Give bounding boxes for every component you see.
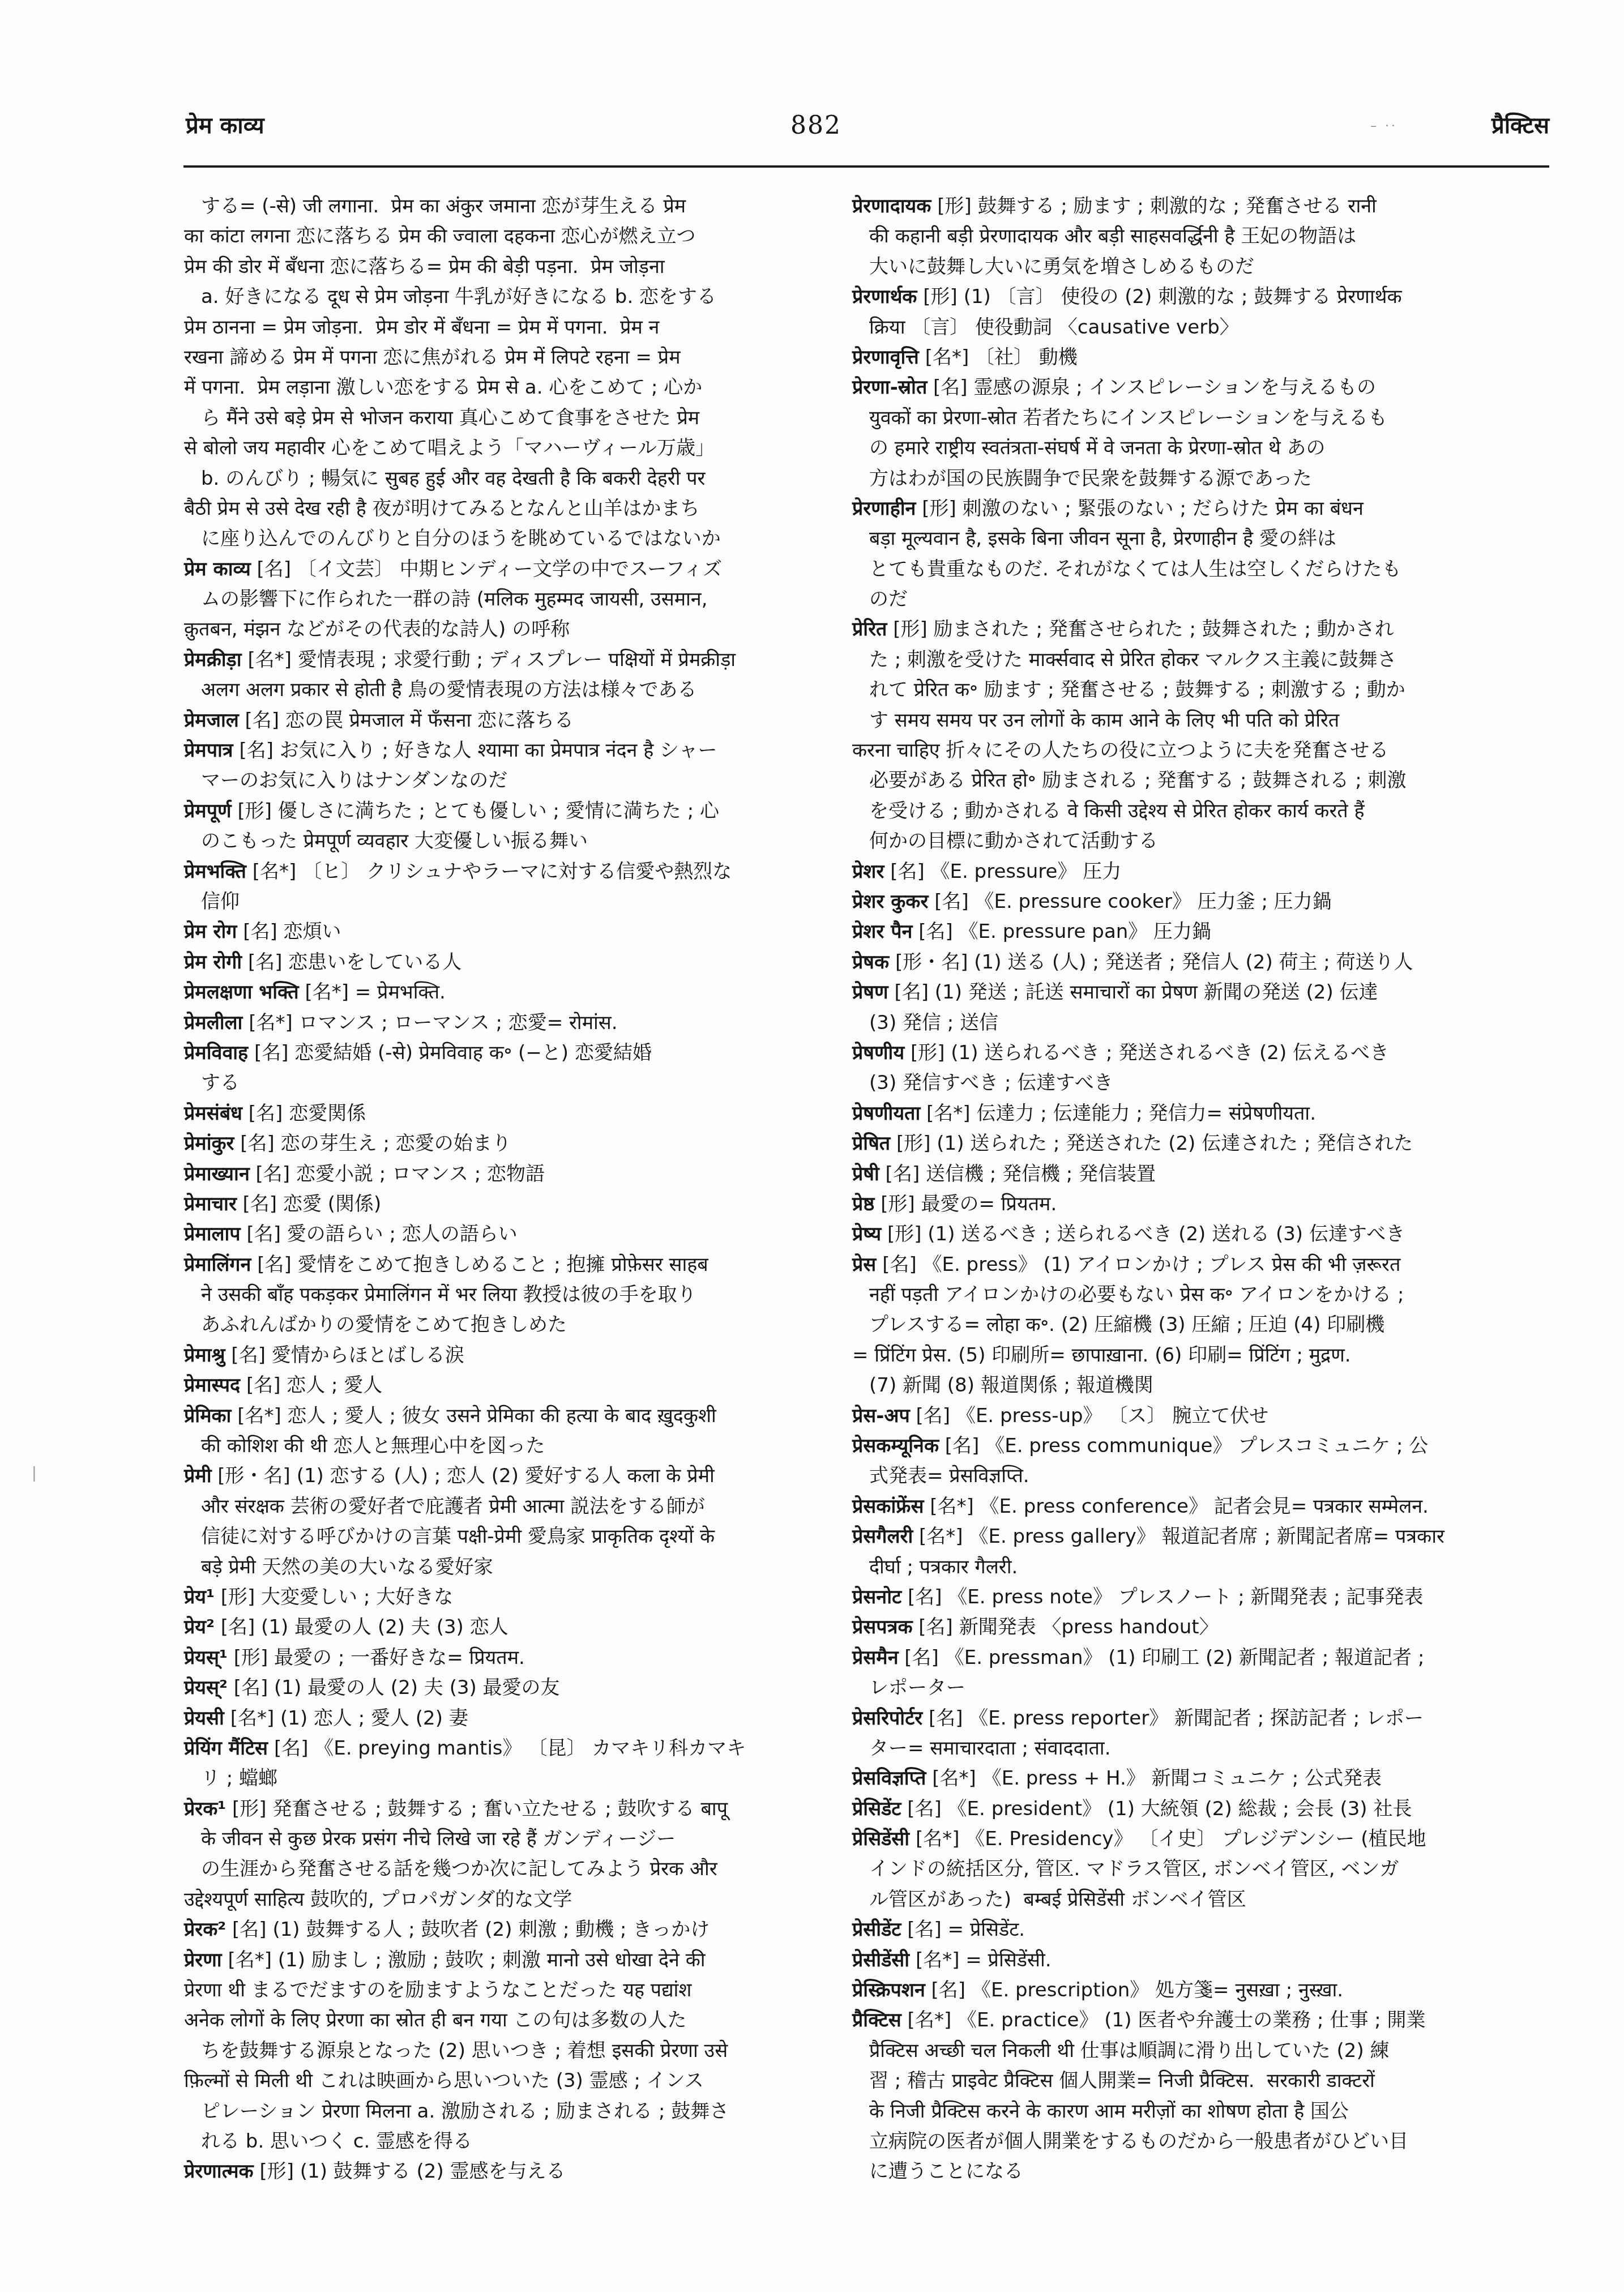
headword: प्रेमालाप xyxy=(184,1223,241,1245)
entry-line: 立病院の医者が個人開業をするものだから一般患者がひどい目 xyxy=(852,2127,1523,2157)
entry-line: प्रेष्ठ [形] 最愛の= प्रियतम. xyxy=(852,1189,1523,1219)
entry-line: प्रेयस्¹ [形] 最愛の ; 一番好きな= प्रियतम. xyxy=(184,1643,855,1673)
headword: प्रेरणादायक xyxy=(852,195,931,217)
entry-line: के जीवन से कुछ प्रेरक प्रसंग नीचे लिखे ज… xyxy=(184,1824,855,1854)
entry-line: प्रेयिंग मैंटिस [名] 《E. preying mantis》 … xyxy=(184,1734,855,1764)
entry-line: प्रेसिडेंट [名] 《E. president》 (1) 大統領 (2… xyxy=(852,1794,1523,1824)
entry-line: ル管区があった) बम्बई प्रेसिडेंसी ボンベイ管区 xyxy=(852,1885,1523,1915)
entry-line: प्रेसविज्ञप्ति [名*] 《E. press + H.》 新聞コミ… xyxy=(852,1764,1523,1794)
headword: प्रेसरिपोर्टर xyxy=(852,1707,922,1730)
headword: प्रेरक¹ xyxy=(184,1798,226,1820)
headword: प्रेस xyxy=(852,1253,876,1276)
headword: प्रेसविज्ञप्ति xyxy=(852,1767,926,1790)
entry-line: ムの影響下に作られた一群の詩 (मलिक मुहम्मद जायसी, उसमा… xyxy=(184,584,855,614)
entry-line: के निजी प्रैक्टिस करने के कारण आम मरीज़ो… xyxy=(852,2097,1523,2127)
entry-line: प्रेमिका [名*] 恋人 ; 愛人 ; 彼女 उसने प्रेमिका… xyxy=(184,1401,855,1431)
headword: प्रेमसंबंध xyxy=(184,1102,242,1125)
entry-line: प्रेषण [名] (1) 発送 ; 託送 समाचारों का प्रेष… xyxy=(852,978,1523,1008)
dictionary-page: प्रेम काव्य 882 – ·· प्रैक्टिस | する= (-स… xyxy=(0,0,1624,2292)
entry-line: プレスする= लोहा क॰. (2) 圧縮機 (3) 圧縮 ; 圧迫 (4) … xyxy=(852,1310,1523,1340)
entry-line: प्रेरित [形] 励まされた ; 発奮させられた ; 鼓舞された ; 動か… xyxy=(852,614,1523,645)
entry-line: 何かの目標に動かされて活動する xyxy=(852,826,1523,856)
headword: प्रेमजाल xyxy=(184,709,239,732)
entry-line: से बोलो जय महावीर 心をこめて唱えよう「マハーヴィール万歳」 xyxy=(184,433,855,463)
headword: प्रेस्क्रिपशन xyxy=(852,1979,925,2001)
headword: प्रेरणावृत्ति xyxy=(852,346,919,369)
entry-line: उद्देश्यपूर्ण साहित्य 鼓吹的, プロパガンダ的な文学 xyxy=(184,1885,855,1915)
entry-line: प्रेमविवाह [名] 恋愛結婚 (-से) प्रेमविवाह क॰ … xyxy=(184,1038,855,1068)
entry-line: प्रेमपात्र [名] お気に入り ; 好きな人 श्यामा का प्… xyxy=(184,736,855,766)
headword: प्रेमलीला xyxy=(184,1011,242,1034)
entry-line: प्रेय¹ [形] 大変愛しい ; 大好きな xyxy=(184,1582,855,1612)
entry-line: प्रेरणार्थक [形] (1) 〔言〕 使役の (2) 刺激的な ; 鼓… xyxy=(852,282,1523,312)
entry-line: とても貴重なものだ. それがなくては人生は空しくだらけたも xyxy=(852,554,1523,584)
scan-artifact: – ·· xyxy=(1370,119,1398,133)
entry-line: प्रेमभक्ति [名*] 〔ヒ〕 クリシュナやラーマに対する信愛や熱烈な xyxy=(184,857,855,887)
headword: प्रेमक्रीड़ा xyxy=(184,648,242,671)
entry-line: प्रेमाश्रु [名] 愛情からほとばしる涙 xyxy=(184,1341,855,1371)
headword: प्रेसकांफ्रेंस xyxy=(852,1495,924,1518)
entry-line: करना चाहिए 折々にその人たちの役に立つように夫を発奮させる xyxy=(852,736,1523,766)
entry-line: प्रेमांकुर [名] 恋の芽生え ; 恋愛の始まり xyxy=(184,1129,855,1159)
entry-line: युवकों का प्रेरणा-स्रोत 若者たちにインスピレーションを与… xyxy=(852,403,1523,433)
headword: प्रेसगैलरी xyxy=(852,1525,913,1548)
header-rule xyxy=(183,165,1549,168)
entry-line: प्रेशर पैन [名] 《E. pressure pan》 圧力鍋 xyxy=(852,917,1523,947)
headword: प्रेमविवाह xyxy=(184,1042,248,1064)
headword: प्रेमपात्र xyxy=(184,739,233,762)
headword: प्रेमांकुर xyxy=(184,1132,234,1155)
page-number: 882 xyxy=(790,111,841,140)
entry-line: प्रेरणा-स्रोत [名] 霊感の源泉 ; インスピレーションを与えるも… xyxy=(852,373,1523,403)
entry-line: す समय समय पर उन लोगों के काम आने के लिए … xyxy=(852,706,1523,736)
right-column: प्रेरणादायक [形] 鼓舞する ; 励ます ; 刺激的な ; 発奮させ… xyxy=(852,191,1523,2187)
scan-artifact-mark: | xyxy=(32,1465,37,1482)
headword: प्रेषित xyxy=(852,1132,890,1155)
entry-line: प्रेरणावृत्ति [名*] 〔社〕 動機 xyxy=(852,343,1523,373)
entry-line: प्रेसकांफ्रेंस [名*] 《E. press conference… xyxy=(852,1492,1523,1522)
headword: प्रेष्य xyxy=(852,1223,881,1245)
entry-line: प्रेसकम्यूनिक [名] 《E. press communique》 … xyxy=(852,1431,1523,1461)
entry-line: रखना 諦める प्रेम में पगना 恋に焦がれる प्रेम में… xyxy=(184,343,855,373)
entry-line: प्रेमपूर्ण [形] 優しさに満ちた ; とても優しい ; 愛情に満ちた… xyxy=(184,796,855,826)
entry-line: प्रेमसंबंध [名] 恋愛関係 xyxy=(184,1099,855,1129)
entry-line: 習 ; 稽古 प्राइवेट प्रैक्टिस 個人開業= निजी प्र… xyxy=(852,2066,1523,2096)
entry-line: प्रेमक्रीड़ा [名*] 愛情表現 ; 求愛行動 ; ディスプレー प… xyxy=(184,645,855,675)
entry-line: की कोशिश की थी 恋人と無理心中を図った xyxy=(184,1431,855,1461)
entry-line: 必要がある प्रेरित हो॰ 励まされる ; 発奮する ; 鼓舞される ;… xyxy=(852,766,1523,796)
entry-line: する xyxy=(184,1068,855,1098)
headword: प्रेम रोगी xyxy=(184,951,242,974)
entry-line: प्रेशर [名] 《E. pressure》 圧力 xyxy=(852,857,1523,887)
headword: प्रेसिडेंट xyxy=(852,1798,901,1820)
entry-line: प्रेसपत्रक [名] 新聞発表 〈press handout〉 xyxy=(852,1612,1523,1642)
entry-line: प्रेसीडेंट [名] = प्रेसिडेंट. xyxy=(852,1915,1523,1945)
entry-line: a. 好きになる दूध से प्रेम जोड़ना 牛乳が好きになる b.… xyxy=(184,282,855,312)
entry-line: प्रेस-अप [名] 《E. press-up》 〔ス〕 腕立て伏せ xyxy=(852,1401,1523,1431)
entry-line: प्रेय² [名] (1) 最愛の人 (2) 夫 (3) 恋人 xyxy=(184,1612,855,1642)
entry-line: प्रेयस्² [名] (1) 最愛の人 (2) 夫 (3) 最愛の友 xyxy=(184,1673,855,1703)
entry-line: प्रेसमैन [名] 《E. pressman》 (1) 印刷工 (2) 新… xyxy=(852,1643,1523,1673)
headword: प्रेषण xyxy=(852,981,888,1004)
headword: प्रेशर कुकर xyxy=(852,890,928,913)
headword: प्रेमपूर्ण xyxy=(184,800,232,822)
headword: प्रेमास्पद xyxy=(184,1374,240,1397)
entry-line: क़ुतबन, मंझन などがその代表的な詩人) の呼称 xyxy=(184,614,855,645)
headword: प्रेसकम्यूनिक xyxy=(852,1435,939,1457)
entry-line: のこもった प्रेमपूर्ण व्यवहार 大変優しい振る舞い xyxy=(184,826,855,856)
entry-line: ピレーション प्रेरणा मिलना a. 激励される ; 励まされる ; … xyxy=(184,2097,855,2127)
headword: प्रेषी xyxy=(852,1163,879,1185)
entry-line: ら मैंने उसे बड़े प्रेम से भोजन कराया 真心こ… xyxy=(184,403,855,433)
entry-line: 信仰 xyxy=(184,887,855,917)
headword: प्रेरणाहीन xyxy=(852,497,916,520)
headword: प्रेरित xyxy=(852,618,887,641)
entry-line: बड़े प्रेमी 天然の美の大いなる愛好家 xyxy=(184,1552,855,1582)
entry-line: प्रेम रोगी [名] 恋患いをしている人 xyxy=(184,947,855,978)
entry-line: प्रेषी [名] 送信機 ; 発信機 ; 発信装置 xyxy=(852,1159,1523,1189)
headword: प्रेशर xyxy=(852,860,884,883)
entry-line: प्रेष्य [形] (1) 送るべき ; 送られるべき (2) 送れる (3… xyxy=(852,1219,1523,1249)
entry-line: प्रेषक [形・名] (1) 送る (人) ; 発送者 ; 発信人 (2) … xyxy=(852,947,1523,978)
entry-line: अलग अलग प्रकार से होती है 鳥の愛情表現の方法は様々であ… xyxy=(184,675,855,705)
entry-line: प्रेम काव्य [名] 〔イ文芸〕 中期ヒンディー文学の中でスーフィズ xyxy=(184,554,855,584)
headword: प्रेसीडेंट xyxy=(852,1918,901,1941)
headword: प्रेसपत्रक xyxy=(852,1616,913,1638)
entry-line: れて प्रेरित क॰ 励ます ; 発奮させる ; 鼓舞する ; 刺激する … xyxy=(852,675,1523,705)
headword: प्रेमलक्षणा भक्ति xyxy=(184,981,299,1004)
headword: प्रेमाश्रु xyxy=(184,1344,225,1367)
headword: प्रेरणा xyxy=(184,1949,222,1971)
entry-line: अनेक लोगों के लिए प्रेरणा का स्रोत ही बन… xyxy=(184,2005,855,2035)
entry-line: 式発表= प्रेसविज्ञप्ति. xyxy=(852,1461,1523,1491)
headword: प्रेयसी xyxy=(184,1707,224,1730)
entry-line: प्रेरणा [名*] (1) 励まし ; 激励 ; 鼓吹 ; 刺激 मानो… xyxy=(184,1945,855,1975)
headword: प्रेयस्² xyxy=(184,1676,228,1699)
entry-line: の हमारे राष्ट्रीय स्वतंत्रता-संघर्ष में … xyxy=(852,433,1523,463)
entry-line: प्रेषणीय [形] (1) 送られるべき ; 発送されるべき (2) 伝え… xyxy=(852,1038,1523,1068)
headword: प्रेय² xyxy=(184,1616,215,1638)
headword: प्रेमालिंगन xyxy=(184,1253,251,1276)
headword: प्रेमी xyxy=(184,1465,211,1487)
entry-line: फ़िल्मों से मिली थी これは映画から思いついた (3) 霊感 … xyxy=(184,2066,855,2096)
headword: प्रेषणीय xyxy=(852,1042,904,1064)
entry-line: た ; 刺激を受けた मार्क्सवाद से प्रेरित होकर マル… xyxy=(852,645,1523,675)
entry-line: 方はわが国の民族闘争で民衆を鼓舞する源であった xyxy=(852,464,1523,494)
entry-line: प्रेशर कुकर [名] 《E. pressure cooker》 圧力釜… xyxy=(852,887,1523,917)
entry-line: を受ける ; 動かされる वे किसी उद्देश्य से प्रेरित… xyxy=(852,796,1523,826)
entry-line: に座り込んでのんびりと自分のほうを眺めているではないか xyxy=(184,524,855,554)
headword: प्रेयिंग मैंटिस xyxy=(184,1737,268,1760)
headword: प्रेमाख्यान xyxy=(184,1163,250,1185)
entry-line: प्रेम रोग [名] 恋煩い xyxy=(184,917,855,947)
entry-line: प्रेमलक्षणा भक्ति [名*] = प्रेमभक्ति. xyxy=(184,978,855,1008)
entry-line: ター= समाचारदाता ; संवाददाता. xyxy=(852,1734,1523,1764)
headword: प्रेसमैन xyxy=(852,1646,899,1669)
left-column: する= (-से) जी लगाना. प्रेम का अंकुर जमाना… xyxy=(184,191,855,2187)
entry-line: का कांटा लगना 恋に落ちる प्रेम की ज्वाला दहकन… xyxy=(184,221,855,251)
entry-line: प्रेम की डोर में बँधना 恋に落ちる= प्रेम की ब… xyxy=(184,252,855,282)
entry-line: レポーター xyxy=(852,1673,1523,1703)
entry-line: प्रेसनोट [名] 《E. press note》 プレスノート ; 新聞… xyxy=(852,1582,1523,1612)
entry-line: = प्रिंटिंग प्रेस. (5) 印刷所= छापाख़ाना. (… xyxy=(852,1341,1523,1371)
entry-line: प्रेमालाप [名] 愛の語らい ; 恋人の語らい xyxy=(184,1219,855,1249)
entry-line: प्रेरणाहीन [形] 刺激のない ; 緊張のない ; だらけた प्रे… xyxy=(852,494,1523,524)
headword: प्रेस-अप xyxy=(852,1405,910,1427)
entry-line: マーのお気に入りはナンダンなのだ xyxy=(184,766,855,796)
entry-line: क्रिया 〔言〕 使役動詞 〈causative verb〉 xyxy=(852,313,1523,343)
running-head-left: प्रेम काव्य xyxy=(186,109,264,140)
headword: प्रेमभक्ति xyxy=(184,860,246,883)
headword: प्रेयस्¹ xyxy=(184,1646,228,1669)
entry-line: प्रेस्क्रिपशन [名] 《E. prescription》 処方箋=… xyxy=(852,1975,1523,2005)
headword: प्रेम रोग xyxy=(184,920,237,943)
entry-line: प्रेसिडेंसी [名*] 《E. Presidency》 〔イ史〕 プレ… xyxy=(852,1824,1523,1854)
entry-line: प्रैक्टिस [名*] 《E. practice》 (1) 医者や弁護士の… xyxy=(852,2005,1523,2035)
running-head-right: प्रैक्टिस xyxy=(1491,109,1549,140)
entry-line: बैठी प्रेम से उसे देख रही है 夜が明けてみるとなんと… xyxy=(184,494,855,524)
entry-line: प्रेरणा थी まるでだますのを励ますようなことだった यह पद्यां… xyxy=(184,1975,855,2005)
entry-line: の生涯から発奮させる話を幾つか次に記してみよう प्रेरक और xyxy=(184,1854,855,1884)
entry-line: प्रेस [名] 《E. press》 (1) アイロンかけ ; プレス प्… xyxy=(852,1250,1523,1280)
entry-line: प्रेयसी [名*] (1) 恋人 ; 愛人 (2) 妻 xyxy=(184,1704,855,1734)
entry-line: प्रेम ठानना = प्रेम जोड़ना. प्रेम डोर मे… xyxy=(184,313,855,343)
entry-line: (7) 新聞 (8) 報道関係 ; 報道機関 xyxy=(852,1371,1523,1401)
entry-line: प्रेमास्पद [名] 恋人 ; 愛人 xyxy=(184,1371,855,1401)
entry-line: प्रेमाचार [名] 恋愛 (関係) xyxy=(184,1189,855,1219)
headword: प्रेष्ठ xyxy=(852,1193,874,1215)
entry-line: 信徒に対する呼びかけの言葉 पक्षी-प्रेमी 愛鳥家 प्राकृतिक… xyxy=(184,1522,855,1552)
entry-line: ने उसकी बाँह पकड़कर प्रेमालिंगन में भर ल… xyxy=(184,1280,855,1310)
entry-line: あふれんばかりの愛情をこめて抱きしめた xyxy=(184,1310,855,1340)
entry-line: प्रेसरिपोर्टर [名] 《E. press reporter》 新聞… xyxy=(852,1704,1523,1734)
entry-line: 大いに鼓舞し大いに勇気を増さしめるものだ xyxy=(852,252,1523,282)
entry-line: リ ; 蟷螂 xyxy=(184,1764,855,1794)
entry-line: प्रेषणीयता [名*] 伝達力 ; 伝達能力 ; 発信力= संप्रे… xyxy=(852,1099,1523,1129)
entry-line: れる b. 思いつく c. 霊感を得る xyxy=(184,2127,855,2157)
headword: प्रेरणात्मक xyxy=(184,2160,254,2183)
entry-line: और संरक्षक 芸術の愛好者で庇護者 प्रेमी आत्मा 説法をする… xyxy=(184,1492,855,1522)
headword: प्रेषक xyxy=(852,951,889,974)
headword: प्रेशर पैन xyxy=(852,920,912,943)
entry-line: に遭うことになる xyxy=(852,2157,1523,2187)
entry-line: नहीं पड़ती アイロンかけの必要もない प्रेस क॰ アイロンをかけ… xyxy=(852,1280,1523,1310)
entry-line: दीर्घा ; पत्रकार गैलरी. xyxy=(852,1552,1523,1582)
entry-line: प्रेसीडेंसी [名*] = प्रेसिडेंसी. xyxy=(852,1945,1523,1975)
entry-line: प्रेरक¹ [形] 発奮させる ; 鼓舞する ; 奮い立たせる ; 鼓吹する… xyxy=(184,1794,855,1824)
entry-line: b. のんびり ; 暢気に सुबह हुई और वह देखती है कि… xyxy=(184,464,855,494)
headword: प्रेम काव्य xyxy=(184,558,251,581)
entry-line: प्रेमालिंगन [名] 愛情をこめて抱きしめること ; 抱擁 प्रोफ… xyxy=(184,1250,855,1280)
entry-line: प्रेरणादायक [形] 鼓舞する ; 励ます ; 刺激的な ; 発奮させ… xyxy=(852,191,1523,221)
headword: प्रेरणार्थक xyxy=(852,285,917,308)
entry-line: प्रेमजाल [名] 恋の罠 प्रेमजाल में फँसना 恋に落ち… xyxy=(184,706,855,736)
entry-line: (3) 発信すべき ; 伝達すべき xyxy=(852,1068,1523,1098)
entry-line: प्रेषित [形] (1) 送られた ; 発送された (2) 伝達された ;… xyxy=(852,1129,1523,1159)
entry-line: प्रैक्टिस अच्छी चल निकली थी 仕事は順調に滑り出してい… xyxy=(852,2036,1523,2066)
headword: प्रेसीडेंसी xyxy=(852,1949,909,1971)
headword: प्रेरक² xyxy=(184,1918,226,1941)
entry-line: インドの統括区分, 管区. マドラス管区, ボンベイ管区, ベンガ xyxy=(852,1854,1523,1884)
entry-line: प्रेसगैलरी [名*] 《E. press gallery》 報道記者席… xyxy=(852,1522,1523,1552)
headword: प्रेमाचार xyxy=(184,1193,237,1215)
headword: प्रेरणा-स्रोत xyxy=(852,376,927,399)
entry-line: में पगना. प्रेम लड़ाना 激しい恋をする प्रेम से … xyxy=(184,373,855,403)
headword: प्रेसनोट xyxy=(852,1586,901,1608)
entry-line: प्रेमलीला [名*] ロマンス ; ローマンス ; 恋愛= रोमांस… xyxy=(184,1008,855,1038)
entry-line: (3) 発信 ; 送信 xyxy=(852,1008,1523,1038)
headword: प्रेषणीयता xyxy=(852,1102,920,1125)
headword: प्रैक्टिस xyxy=(852,2009,901,2031)
entry-line: प्रेरक² [名] (1) 鼓舞する人 ; 鼓吹者 (2) 刺激 ; 動機 … xyxy=(184,1915,855,1945)
entry-line: する= (-से) जी लगाना. प्रेम का अंकुर जमाना… xyxy=(184,191,855,221)
entry-line: のだ xyxy=(852,584,1523,614)
headword: प्रेय¹ xyxy=(184,1586,215,1608)
entry-line: ちを鼓舞する源泉となった (2) 思いつき ; 着想 इसकी प्रेरणा … xyxy=(184,2036,855,2066)
entry-line: प्रेमाख्यान [名] 恋愛小説 ; ロマンス ; 恋物語 xyxy=(184,1159,855,1189)
entry-line: की कहानी बड़ी प्रेरणादायक और बड़ी साहसवर… xyxy=(852,221,1523,251)
entry-line: प्रेमी [形・名] (1) 恋する (人) ; 恋人 (2) 愛好する人 … xyxy=(184,1461,855,1491)
entry-line: बड़ा मूल्यवान है, इसके बिना जीवन सूना है… xyxy=(852,524,1523,554)
entry-line: प्रेरणात्मक [形] (1) 鼓舞する (2) 霊感を与える xyxy=(184,2157,855,2187)
headword: प्रेमिका xyxy=(184,1405,231,1427)
headword: प्रेसिडेंसी xyxy=(852,1828,909,1850)
